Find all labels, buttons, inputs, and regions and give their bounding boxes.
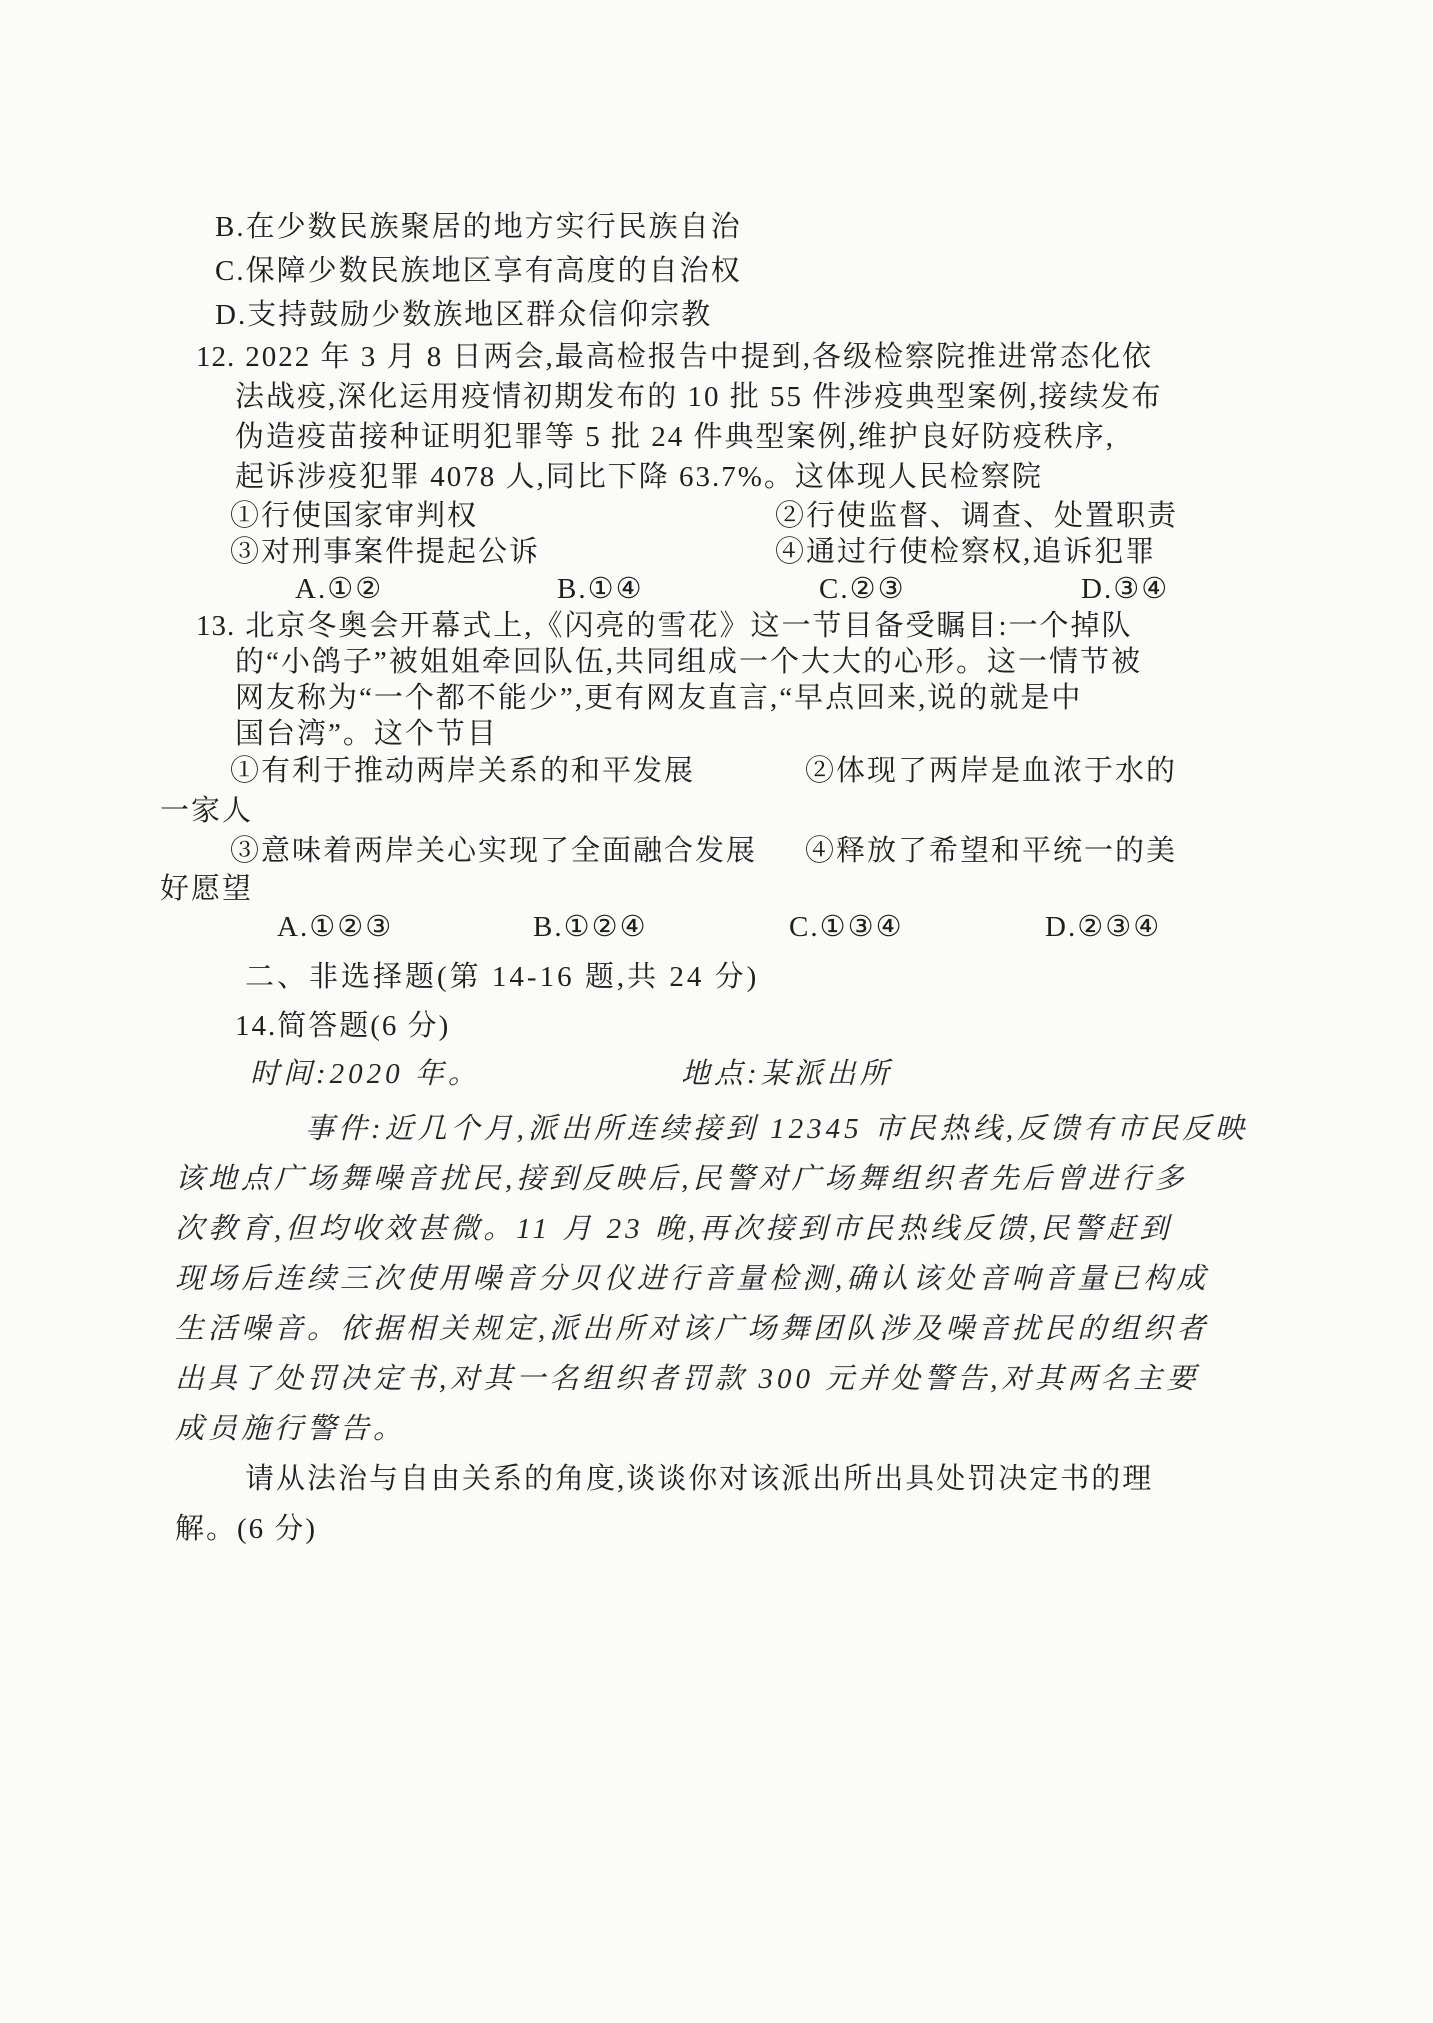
q13-number: 13. xyxy=(196,610,235,642)
q14-place-label: 地点:某派出所 xyxy=(681,1053,893,1108)
q12-choice-b: B.①④ xyxy=(557,571,819,609)
q12-stem-line-3: 伪造疫苗接种证明犯罪等 5 批 24 件典型案例,维护良好防疫秩序, xyxy=(160,419,1270,459)
q12-number: 12. xyxy=(196,341,235,373)
q12-statement-2: ②行使监督、调查、处置职责 xyxy=(775,499,1178,535)
q13-choices: A.①②③ B.①②④ C.①③④ D.②③④ xyxy=(160,909,1270,947)
q12-choice-c: C.②③ xyxy=(819,571,1081,609)
q13-choice-b: B.①②④ xyxy=(533,909,789,947)
q12-stem-line-4: 起诉涉疫犯罪 4078 人,同比下降 63.7%。这体现人民检察院 xyxy=(160,459,1270,499)
q12-choice-d: D.③④ xyxy=(1081,571,1169,609)
q13-stem-text-1: 北京冬奥会开幕式上,《闪亮的雪花》这一节目备受瞩目:一个掉队 xyxy=(245,610,1132,642)
q14-event-line-5: 生活噪音。依据相关规定,派出所对该广场舞团队涉及噪音扰民的组织者 xyxy=(160,1308,1270,1358)
q11-option-c: C.保障少数民族地区享有高度的自治权 xyxy=(160,251,1270,295)
q13-choice-c: C.①③④ xyxy=(789,909,1045,947)
q12-statement-1: ①行使国家审判权 xyxy=(230,499,775,535)
q13-statement-4: ④释放了希望和平统一的美 xyxy=(805,833,1177,871)
q14-task-line-2: 解。(6 分) xyxy=(160,1508,1270,1558)
q14-task-line-1: 请从法治与自由关系的角度,谈谈你对该派出所出具处罚决定书的理 xyxy=(160,1458,1270,1508)
q11-option-b: B.在少数民族聚居的地方实行民族自治 xyxy=(160,207,1270,251)
q13-statement-3: ③意味着两岸关心实现了全面融合发展 xyxy=(230,833,805,871)
q12-statement-3: ③对刑事案件提起公诉 xyxy=(230,535,775,571)
q13-statement-2: ②体现了两岸是血浓于水的 xyxy=(805,753,1177,793)
q13-statement-4-overflow: 好愿望 xyxy=(160,871,1270,909)
q12-stem-line-2: 法战疫,深化运用疫情初期发布的 10 批 55 件涉疫典型案例,接续发布 xyxy=(160,379,1270,419)
q14-event-line-2: 该地点广场舞噪音扰民,接到反映后,民警对广场舞组织者先后曾进行多 xyxy=(160,1158,1270,1208)
q14-heading: 14.简答题(6 分) xyxy=(160,1005,1270,1053)
q12-statement-4: ④通过行使检察权,追诉犯罪 xyxy=(775,535,1156,571)
q14-scenario-meta: 时间:2020 年。 地点:某派出所 xyxy=(160,1053,1270,1108)
q12-statements-row-2: ③对刑事案件提起公诉 ④通过行使检察权,追诉犯罪 xyxy=(160,535,1270,571)
q13-stem-line-1: 13.北京冬奥会开幕式上,《闪亮的雪花》这一节目备受瞩目:一个掉队 xyxy=(160,609,1270,645)
q12-statements-row-1: ①行使国家审判权 ②行使监督、调查、处置职责 xyxy=(160,499,1270,535)
q14-event-line-3: 次教育,但均收效甚微。11 月 23 晚,再次接到市民热线反馈,民警赶到 xyxy=(160,1208,1270,1258)
q12-choices: A.①② B.①④ C.②③ D.③④ xyxy=(160,571,1270,609)
exam-content: B.在少数民族聚居的地方实行民族自治 C.保障少数民族地区享有高度的自治权 D.… xyxy=(160,207,1270,1558)
q14-event-line-4: 现场后连续三次使用噪音分贝仪进行音量检测,确认该处音响音量已构成 xyxy=(160,1258,1270,1308)
q13-choice-d: D.②③④ xyxy=(1045,909,1161,947)
q14-event-line-7: 成员施行警告。 xyxy=(160,1408,1270,1458)
q13-statements-row-2: ③意味着两岸关心实现了全面融合发展 ④释放了希望和平统一的美 xyxy=(160,833,1270,871)
q13-stem-line-3: 网友称为“一个都不能少”,更有网友直言,“早点回来,说的就是中 xyxy=(160,681,1270,717)
q13-statement-1: ①有利于推动两岸关系的和平发展 xyxy=(230,753,805,793)
q14-event-line-6: 出具了处罚决定书,对其一名组织者罚款 300 元并处警告,对其两名主要 xyxy=(160,1358,1270,1408)
q13-statements-row-1: ①有利于推动两岸关系的和平发展 ②体现了两岸是血浓于水的 xyxy=(160,753,1270,793)
q12-stem-line-1: 12.2022 年 3 月 8 日两会,最高检报告中提到,各级检察院推进常态化依 xyxy=(160,339,1270,379)
q14-time-label: 时间:2020 年。 xyxy=(250,1053,681,1108)
q13-choice-a: A.①②③ xyxy=(277,909,533,947)
q12-choice-a: A.①② xyxy=(295,571,557,609)
q13-statement-2-overflow: 一家人 xyxy=(160,793,1270,833)
q14-event-paragraph: 事件:近几个月,派出所连续接到 12345 市民热线,反馈有市民反映 该地点广场… xyxy=(160,1108,1270,1458)
q13-stem-line-4: 国台湾”。这个节目 xyxy=(160,717,1270,753)
q12-stem-text-1: 2022 年 3 月 8 日两会,最高检报告中提到,各级检察院推进常态化依 xyxy=(245,341,1153,373)
exam-paper-page: B.在少数民族聚居的地方实行民族自治 C.保障少数民族地区享有高度的自治权 D.… xyxy=(0,0,1433,2023)
q11-option-d: D.支持鼓励少数族地区群众信仰宗教 xyxy=(160,295,1270,339)
q14-event-line-1: 事件:近几个月,派出所连续接到 12345 市民热线,反馈有市民反映 xyxy=(160,1108,1270,1158)
q13-stem-line-2: 的“小鸽子”被姐姐牵回队伍,共同组成一个大大的心形。这一情节被 xyxy=(160,645,1270,681)
section2-heading: 二、非选择题(第 14-16 题,共 24 分) xyxy=(160,956,1270,1005)
